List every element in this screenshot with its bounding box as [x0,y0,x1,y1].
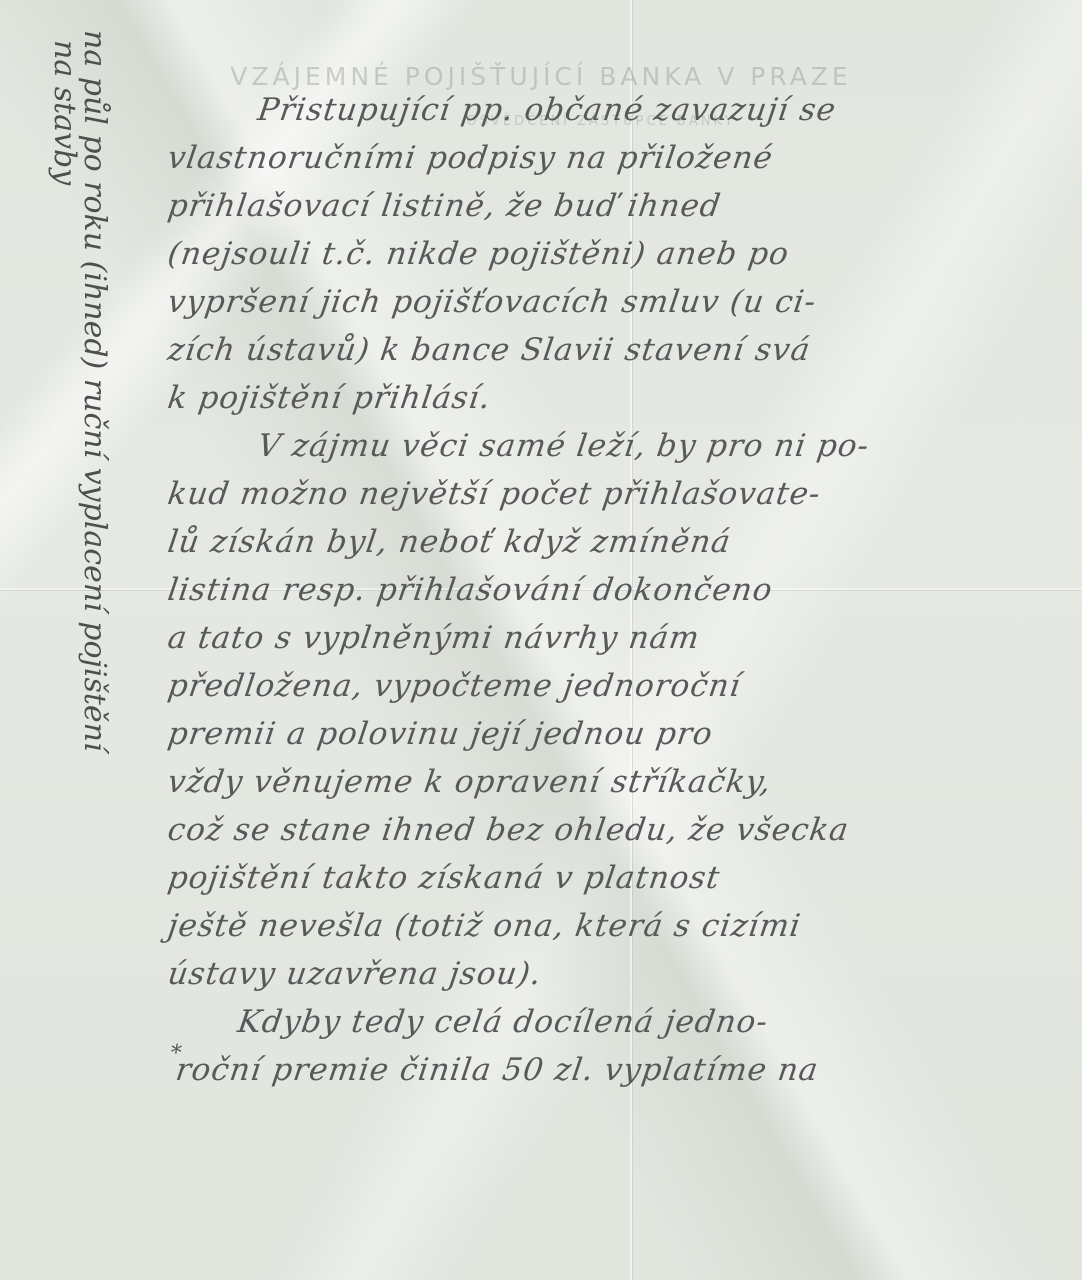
body-line: Kdyby tedy celá docílená jedno- [165,998,1062,1046]
body-line: Přistupující pp. občané zavazují se [165,86,1062,134]
body-line: ústavy uzavřena jsou). [165,950,1062,998]
body-line-text: ještě nevešla (totiž ona, která s cizími [165,908,803,944]
body-line-text: roční premie činila 50 zl. vyplatíme na [173,1052,821,1088]
body-line: přihlašovací listině, že buď ihned [165,182,1062,230]
body-line: zích ústavů) k bance Slavii stavení svá [165,326,1062,374]
body-line: pojištění takto získaná v platnost [165,854,1062,902]
body-line-with-insertion: ještě nevešla (totiž ona, která s cizími [165,902,1062,950]
body-line: listina resp. přihlašování dokončeno [165,566,1062,614]
body-line: premii a polovinu její jednou pro [165,710,1062,758]
body-line-with-mark: *roční premie činila 50 zl. vyplatíme na [165,1046,1062,1094]
body-line: V zájmu věci samé leží, by pro ni po- [165,422,1062,470]
body-line: a tato s vyplněnými návrhy nám [165,614,1062,662]
body-line: což se stane ihned bez ohledu, že všecka [165,806,1062,854]
margin-note-vertical: na půl po roku (ihned) ruční vyplacení p… [77,30,112,752]
body-line: kud možno největší počet přihlašovate- [165,470,1062,518]
letter-body: Přistupující pp. občané zavazují se vlas… [168,86,1058,1094]
body-line: vypršení jich pojišťovacích smluv (u ci- [165,278,1062,326]
body-line: (nejsouli t.č. nikde pojištěni) aneb po [165,230,1062,278]
margin-note-vertical: na stavby [47,40,82,185]
body-line: vlastnoručními podpisy na přiložené [165,134,1062,182]
body-line: k pojištění přihlásí. [165,374,1062,422]
body-line: předložena, vypočteme jednoroční [165,662,1062,710]
body-line: lů získán byl, neboť když zmíněná [165,518,1062,566]
body-line: vždy věnujeme k opravení stříkačky, [165,758,1062,806]
